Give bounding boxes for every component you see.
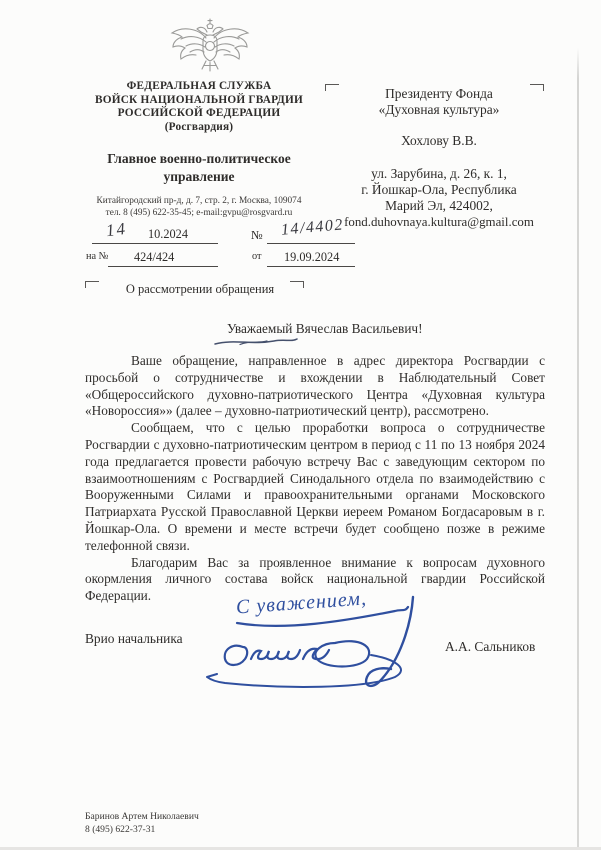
handwritten-date-day: 14 bbox=[105, 219, 128, 241]
salutation: Уважаемый Вячеслав Васильевич! bbox=[227, 321, 423, 337]
subject-corner-left-icon bbox=[85, 281, 99, 288]
executor-block: Баринов Артем Николаевич 8 (495) 622-37-… bbox=[85, 810, 199, 836]
salutation-underline-flourish bbox=[212, 336, 300, 348]
sender-org-line3: РОССИЙСКОЙ ФЕДЕРАЦИИ bbox=[70, 107, 328, 121]
reply-number: 424/424 bbox=[134, 250, 174, 265]
executor-phone: 8 (495) 622-37-31 bbox=[85, 823, 199, 836]
sender-division: Главное военно-политическое управление bbox=[70, 150, 328, 186]
recipient-block: Президенту Фонда «Духовная культура» Хох… bbox=[325, 86, 553, 230]
recipient-line1: Президенту Фонда bbox=[325, 86, 553, 102]
rosgvardia-eagle-emblem-icon bbox=[165, 16, 255, 76]
body-paragraph-1: Ваше обращение, направленное в адрес дир… bbox=[85, 353, 545, 420]
reply-to-label: на № bbox=[86, 251, 108, 262]
signer-position: Врио начальника bbox=[85, 631, 183, 647]
sender-block: ФЕДЕРАЛЬНАЯ СЛУЖБА ВОЙСК НАЦИОНАЛЬНОЙ ГВ… bbox=[70, 80, 328, 219]
page-edge-shadow bbox=[577, 48, 579, 850]
recipient-address-line2: г. Йошкар-Ола, Республика bbox=[325, 182, 553, 198]
handwritten-signature bbox=[195, 585, 485, 700]
date-underline bbox=[92, 243, 218, 244]
from-label: от bbox=[252, 251, 262, 262]
sender-division-line2: управление bbox=[70, 168, 328, 186]
scanned-letter-page: ФЕДЕРАЛЬНАЯ СЛУЖБА ВОЙСК НАЦИОНАЛЬНОЙ ГВ… bbox=[0, 0, 601, 850]
sender-org-line1: ФЕДЕРАЛЬНАЯ СЛУЖБА bbox=[70, 80, 328, 94]
date-printed: 10.2024 bbox=[148, 227, 188, 242]
number-underline bbox=[267, 243, 355, 244]
letter-body: Ваше обращение, направленное в адрес дир… bbox=[85, 353, 545, 605]
recipient-name: Хохлову В.В. bbox=[325, 133, 553, 149]
reply-date: 19.09.2024 bbox=[284, 250, 339, 265]
sender-contacts: тел. 8 (495) 622-35-45; e-mail:gvpu@rosg… bbox=[70, 208, 328, 220]
body-paragraph-2: Сообщаем, что с целью проработки вопроса… bbox=[85, 420, 545, 554]
executor-name: Баринов Артем Николаевич bbox=[85, 810, 199, 823]
number-sign-label: № bbox=[251, 228, 263, 243]
sender-address: Китайгородский пр-д, д. 7, стр. 2, г. Мо… bbox=[70, 196, 328, 208]
sender-org-line2: ВОЙСК НАЦИОНАЛЬНОЙ ГВАРДИИ bbox=[70, 94, 328, 108]
recipient-email: fond.duhovnaya.kultura@gmail.com bbox=[325, 214, 553, 230]
reply-number-underline bbox=[108, 266, 218, 267]
recipient-line2: «Духовная культура» bbox=[325, 102, 553, 118]
sender-org-line4: (Росгвардия) bbox=[70, 121, 328, 135]
recipient-address-line3: Марий Эл, 424002, bbox=[325, 198, 553, 214]
sender-division-line1: Главное военно-политическое bbox=[70, 150, 328, 168]
reply-date-underline bbox=[267, 266, 355, 267]
recipient-address-line1: ул. Зарубина, д. 26, к. 1, bbox=[325, 166, 553, 182]
subject-line: О рассмотрении обращения bbox=[100, 282, 300, 297]
